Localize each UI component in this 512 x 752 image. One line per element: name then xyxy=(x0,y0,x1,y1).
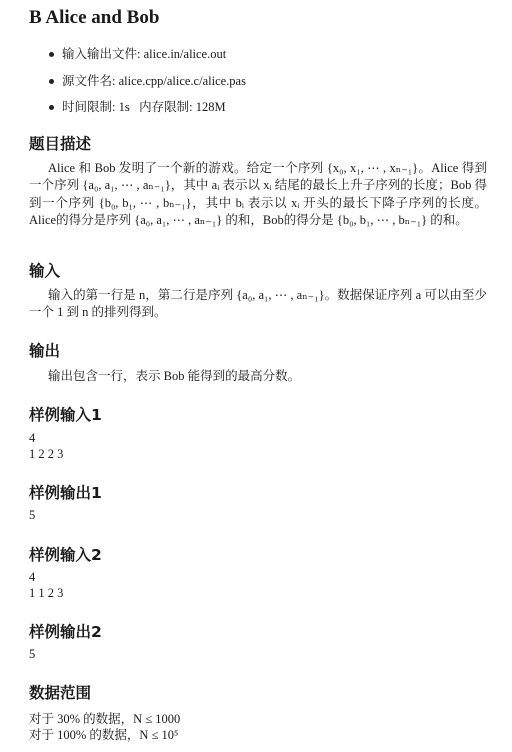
sample-output-2-line: 5 xyxy=(29,647,35,662)
sample-input-1-line: 1 2 2 3 xyxy=(29,447,63,462)
heading-sample-input-1: 样例输入1 xyxy=(29,403,102,425)
constraint-line: 对于 100% 的数据，N ≤ 10⁵ xyxy=(29,725,178,743)
problem-title: B Alice and Bob xyxy=(29,7,159,29)
bullet-icon xyxy=(49,79,54,84)
bullet-icon xyxy=(49,52,54,57)
heading-constraints: 数据范围 xyxy=(29,681,91,703)
heading-sample-output-1: 样例输出1 xyxy=(29,481,102,503)
heading-output: 输出 xyxy=(29,339,60,361)
input-text: 输入的第一行是 n，第二行是序列 {a₀, a₁, ⋯ , aₙ₋₁}。数据保证… xyxy=(29,287,487,322)
sample-input-2-line: 4 xyxy=(29,570,35,585)
heading-description: 题目描述 xyxy=(29,132,91,154)
sample-output-1-line: 5 xyxy=(29,508,35,523)
meta-limits: 时间限制: 1s 内存限制: 128M xyxy=(49,97,226,115)
bullet-icon xyxy=(49,105,54,110)
heading-input: 输入 xyxy=(29,259,60,281)
meta-io-files: 输入输出文件: alice.in/alice.out xyxy=(49,44,226,62)
description-text: Alice 和 Bob 发明了一个新的游戏。给定一个序列 {x₀, x₁, ⋯ … xyxy=(29,160,487,229)
heading-sample-output-2: 样例输出2 xyxy=(29,620,102,642)
meta-source-files: 源文件名: alice.cpp/alice.c/alice.pas xyxy=(49,71,246,89)
heading-sample-input-2: 样例输入2 xyxy=(29,543,102,565)
output-text: 输出包含一行，表示 Bob 能得到的最高分数。 xyxy=(29,368,487,385)
sample-input-2-line: 1 1 2 3 xyxy=(29,586,63,601)
sample-input-1-line: 4 xyxy=(29,431,35,446)
